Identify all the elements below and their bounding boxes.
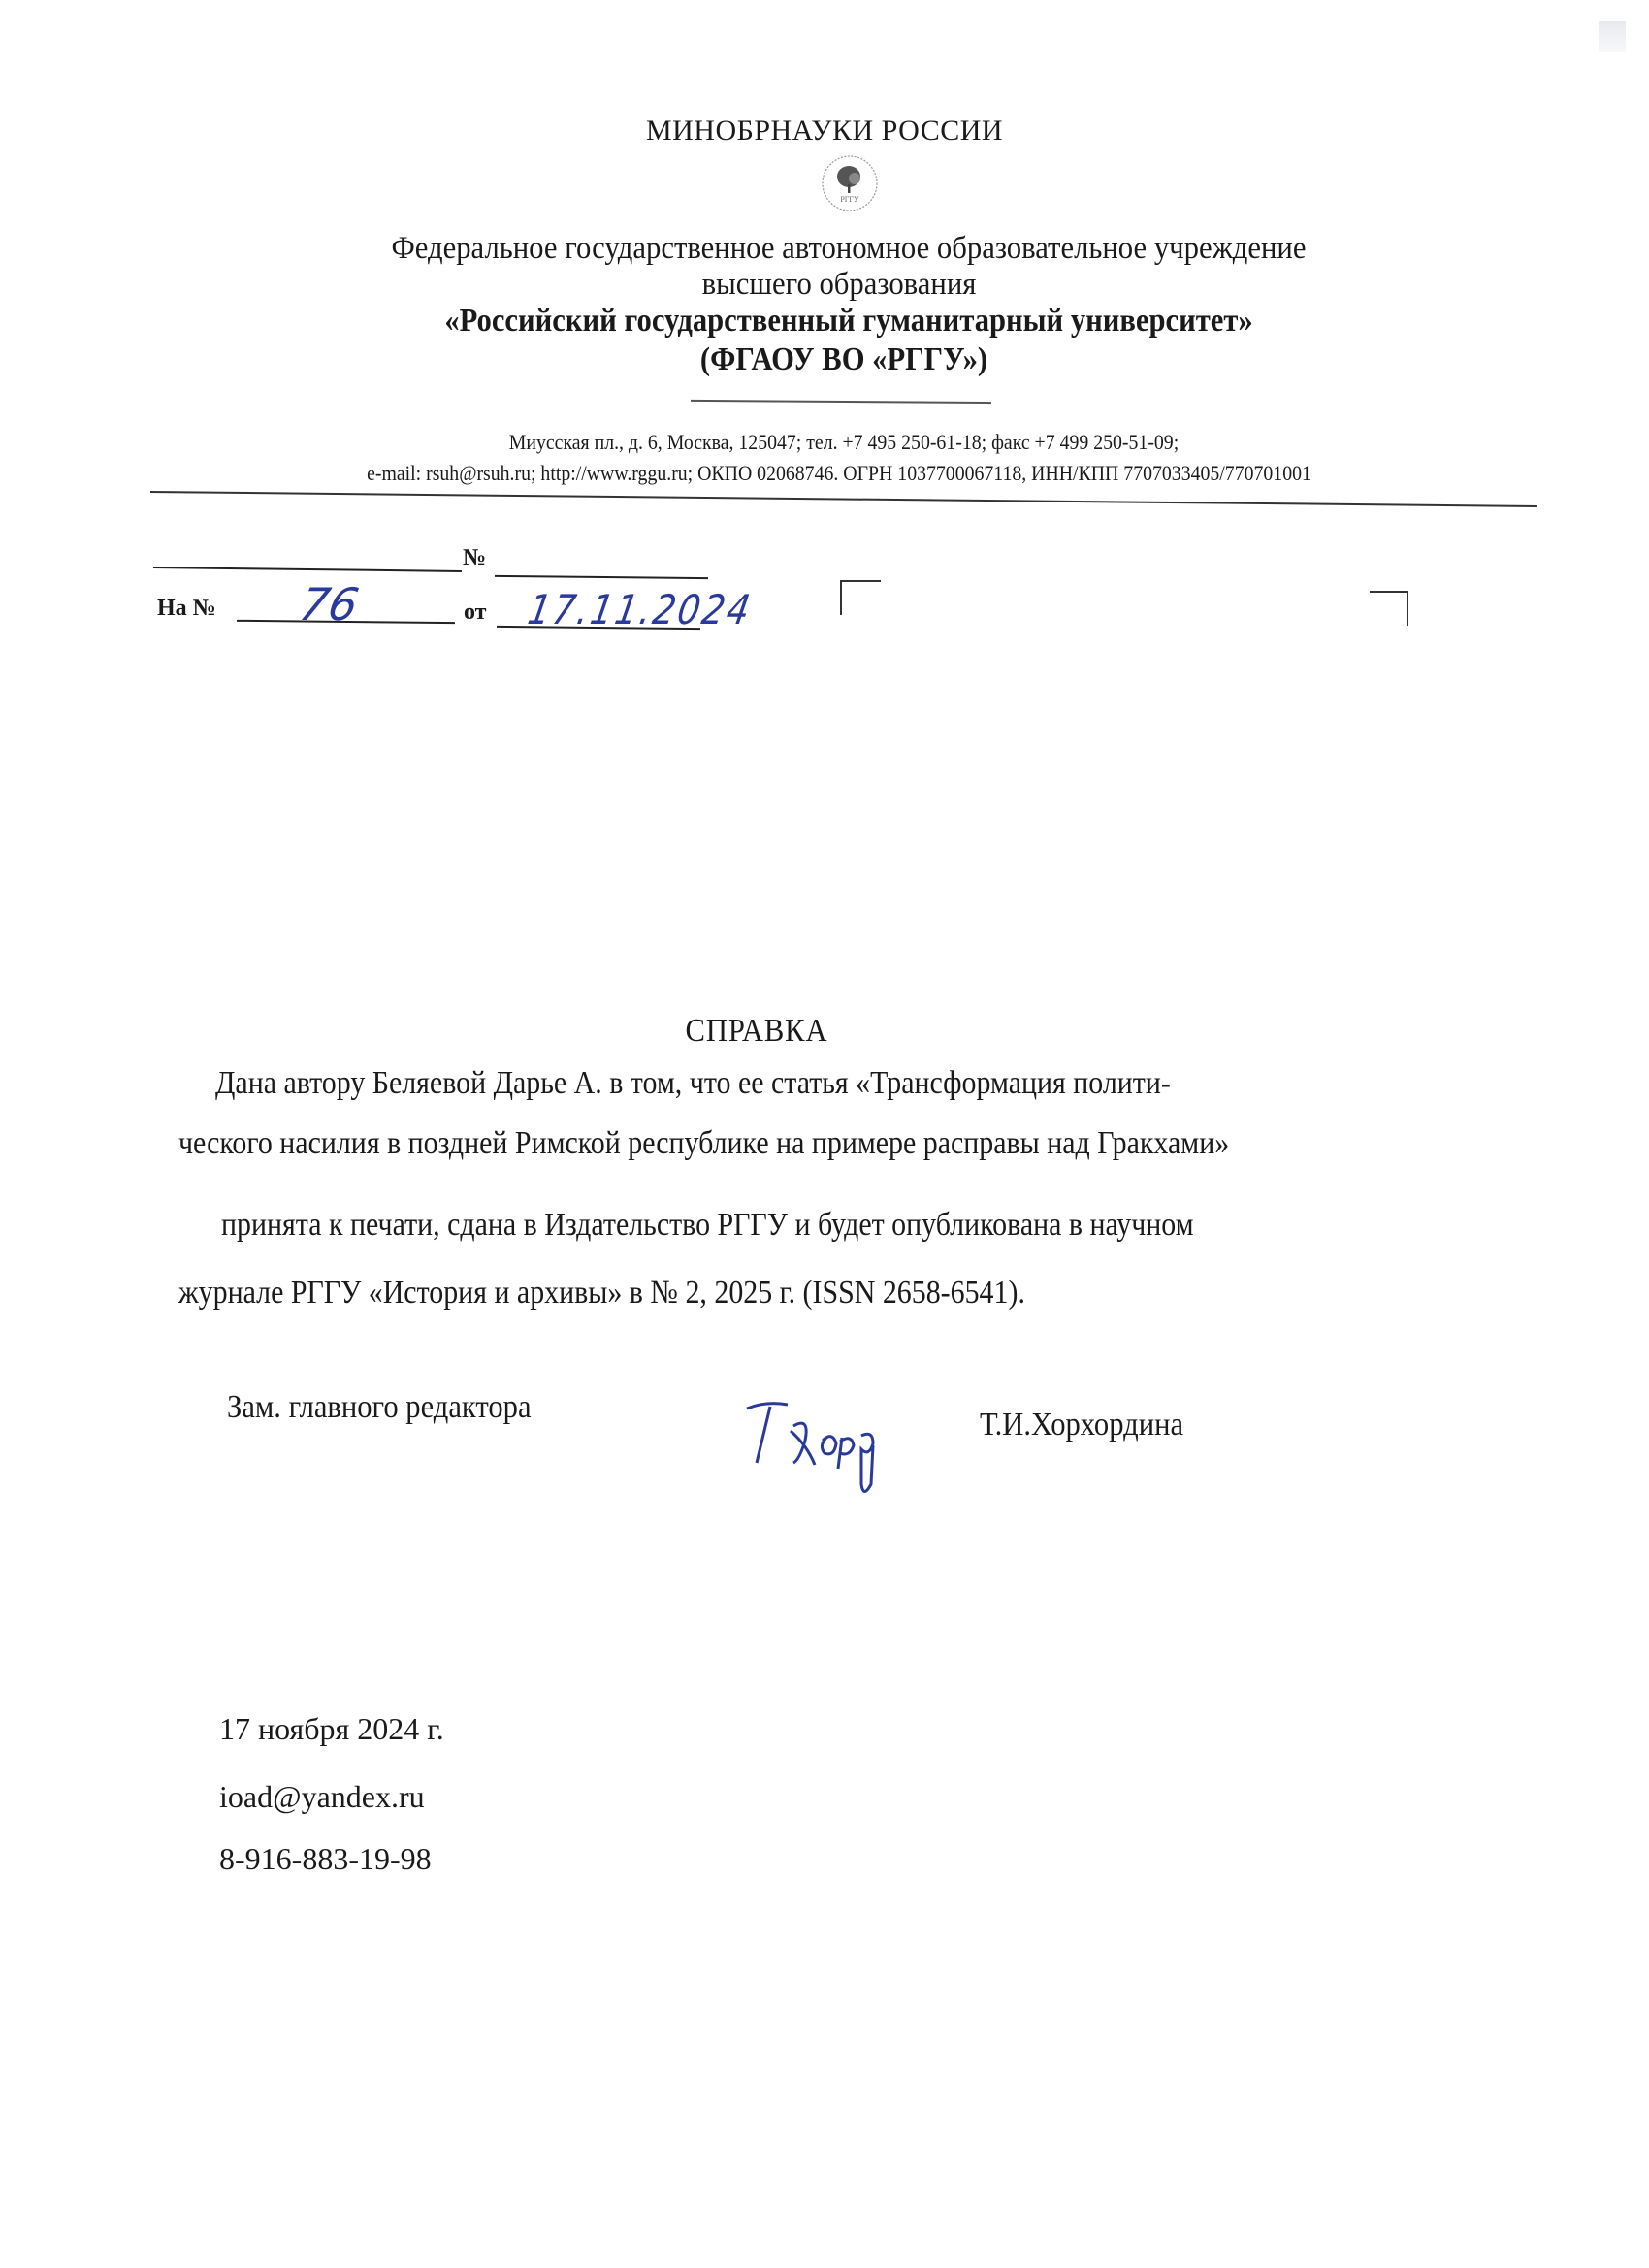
reply-date-label: от bbox=[464, 599, 486, 626]
body-line: Дана автору Беляевой Дарье А. в том, что… bbox=[215, 1065, 1453, 1102]
svg-text:РГГУ: РГГУ bbox=[840, 195, 859, 204]
signatory-name: Т.И.Хорхордина bbox=[980, 1407, 1183, 1443]
letterhead-divider bbox=[150, 491, 1537, 507]
org-type-line-2: высшего образования bbox=[59, 267, 1620, 303]
outgoing-number-label: № bbox=[463, 545, 486, 571]
outgoing-date-line bbox=[153, 567, 462, 572]
org-abbreviation: (ФГАОУ ВО «РГГУ») bbox=[84, 341, 1603, 378]
ministry-heading: МИНОБРНАУКИ РОССИИ bbox=[0, 114, 1649, 147]
contacts-line: e-mail: rsuh@rsuh.ru; http://www.rggu.ru… bbox=[84, 461, 1595, 486]
handwritten-signature-icon bbox=[737, 1387, 912, 1504]
org-type-line: Федеральное государственное автономное о… bbox=[59, 231, 1638, 267]
reply-number-handwritten: 76 bbox=[295, 578, 363, 631]
divider bbox=[691, 400, 991, 404]
body-line: принята к печати, сдана в Издательство Р… bbox=[221, 1207, 1459, 1244]
document-date: 17 ноября 2024 г. bbox=[219, 1711, 444, 1747]
document-title: СПРАВКА bbox=[76, 1013, 1438, 1050]
org-name: «Российский государственный гуманитарный… bbox=[85, 303, 1613, 340]
address-field-corner-left bbox=[840, 580, 881, 615]
scan-artifact bbox=[1599, 21, 1626, 52]
address-line: Миусская пл., д. 6, Москва, 125047; тел.… bbox=[84, 430, 1603, 455]
address-field-corner-right bbox=[1370, 591, 1408, 626]
contact-phone: 8-916-883-19-98 bbox=[219, 1841, 432, 1877]
signatory-role: Зам. главного редактора bbox=[227, 1389, 532, 1426]
body-line: ческого насилия в поздней Римской респуб… bbox=[178, 1125, 1416, 1162]
reply-date-handwritten: 17.11.2024 bbox=[525, 586, 757, 633]
reply-number-label: На № bbox=[157, 596, 216, 622]
rggu-emblem-icon: РГГУ bbox=[820, 153, 880, 213]
contact-email: ioad@yandex.ru bbox=[219, 1779, 425, 1815]
body-line: журнале РГГУ «История и архивы» в № 2, 2… bbox=[178, 1275, 1416, 1312]
outgoing-number-line bbox=[495, 575, 708, 579]
